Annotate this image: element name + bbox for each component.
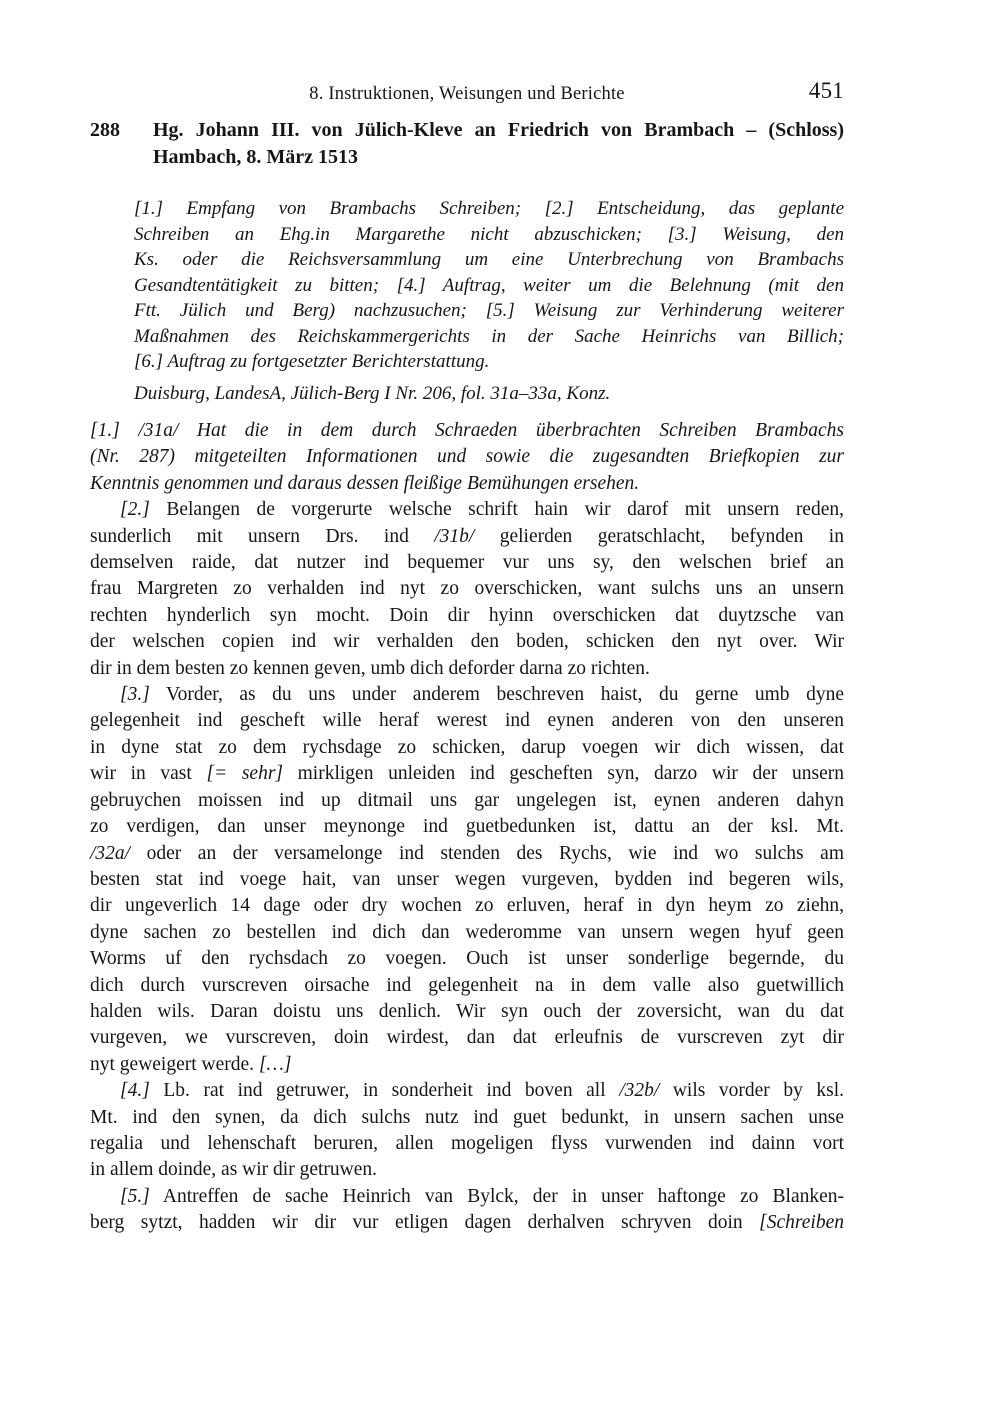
text-line: [3.] Vorder, as du uns under anderem bes…: [90, 682, 844, 708]
text-segment: wils vorder by ksl.: [659, 1080, 844, 1101]
text-segment: in dyne stat zo dem rychsdage zo schicke…: [90, 737, 844, 758]
text-line: Worms uf den rychsdach zo voegen. Ouch i…: [90, 946, 844, 972]
running-header: 8. Instruktionen, Weisungen und Berichte…: [90, 82, 844, 108]
text-segment: rechten hynderlich syn mocht. Doin dir h…: [90, 605, 844, 626]
body-paragraph: [2.] Belangen de vorgerurte welsche schr…: [90, 497, 844, 682]
text-segment: nyt geweigert werde.: [90, 1054, 259, 1075]
text-segment: mirkligen unleiden ind gescheften syn, d…: [283, 763, 844, 784]
text-segment: besten stat ind voege hait, van unser we…: [90, 869, 844, 890]
editorial-marker: [4.]: [120, 1080, 150, 1101]
text-line: Kenntnis genommen und daraus dessen flei…: [90, 471, 844, 497]
text-line: /32a/ oder an der versamelonge ind stend…: [90, 841, 844, 867]
text-line: vurgeven, we vurscreven, doin wirdest, d…: [90, 1025, 844, 1051]
editorial-marker: [3.]: [120, 684, 150, 705]
text-segment: Vorder, as du uns under anderem beschrev…: [150, 684, 844, 705]
text-segment: vurgeven, we vurscreven, doin wirdest, d…: [90, 1027, 844, 1048]
text-line: demselven raide, dat nutzer ind bequemer…: [90, 550, 844, 576]
editorial-marker: /32a/: [90, 843, 130, 864]
text-line: regalia und lehenschaft beruren, allen m…: [90, 1131, 844, 1157]
text-segment: Antreffen de sache Heinrich van Bylck, d…: [150, 1186, 844, 1207]
summary-line: Gesandtentätigkeit zu bitten; [4.] Auftr…: [134, 273, 844, 299]
text-line: Mt. ind den synen, da dich sulchs nutz i…: [90, 1105, 844, 1131]
text-line: wir in vast [= sehr] mirkligen unleiden …: [90, 761, 844, 787]
editorial-marker: [5.]: [120, 1186, 150, 1207]
text-segment: (Nr. 287) mitgeteilten Informationen und…: [90, 446, 844, 467]
summary-line: Maßnahmen des Reichskammergerichts in de…: [134, 324, 844, 350]
text-segment: oder an der versamelonge ind stenden des…: [130, 843, 844, 864]
text-segment: gelierden geratschlacht, befynden in: [474, 526, 844, 547]
text-segment: Mt. ind den synen, da dich sulchs nutz i…: [90, 1107, 844, 1128]
summary-line: Ftt. Jülich und Berg) nachzusuchen; [5.]…: [134, 298, 844, 324]
text-line: [1.] /31a/ Hat die in dem durch Schraede…: [90, 418, 844, 444]
text-line: [2.] Belangen de vorgerurte welsche schr…: [90, 497, 844, 523]
text-segment: demselven raide, dat nutzer ind bequemer…: [90, 552, 844, 573]
body-paragraph: [5.] Antreffen de sache Heinrich van Byl…: [90, 1184, 844, 1237]
entry-heading: 288 Hg. Johann III. von Jülich-Kleve an …: [90, 117, 844, 171]
text-segment: dyne sachen zo bestellen ind dich dan we…: [90, 922, 844, 943]
body-paragraph: [1.] /31a/ Hat die in dem durch Schraede…: [90, 418, 844, 497]
text-segment: in allem doinde, as wir dir getruwen.: [90, 1159, 377, 1180]
text-segment: dir in dem besten zo kennen geven, umb d…: [90, 658, 650, 679]
editorial-marker: […]: [259, 1054, 292, 1075]
text-segment: berg sytzt, hadden wir dir vur etligen d…: [90, 1212, 759, 1233]
body-paragraph: [3.] Vorder, as du uns under anderem bes…: [90, 682, 844, 1078]
entry-title: Hg. Johann III. von Jülich-Kleve an Frie…: [153, 117, 844, 171]
text-line: berg sytzt, hadden wir dir vur etligen d…: [90, 1210, 844, 1236]
text-line: nyt geweigert werde. […]: [90, 1052, 844, 1078]
entry-title-line: Hambach, 8. März 1513: [153, 144, 844, 171]
text-line: dich durch vurscreven oirsache ind geleg…: [90, 973, 844, 999]
text-line: dyne sachen zo bestellen ind dich dan we…: [90, 920, 844, 946]
entry-title-line: Hg. Johann III. von Jülich-Kleve an Frie…: [153, 117, 844, 144]
text-segment: Worms uf den rychsdach zo voegen. Ouch i…: [90, 948, 844, 969]
text-line: in dyne stat zo dem rychsdage zo schicke…: [90, 735, 844, 761]
running-header-title: 8. Instruktionen, Weisungen und Berichte: [309, 84, 624, 104]
page-number: 451: [809, 77, 844, 105]
editorial-marker: /31b/: [434, 526, 474, 547]
text-line: frau Margreten zo verhalden ind nyt zo o…: [90, 576, 844, 602]
text-segment: gebruychen moissen ind up ditmail uns ga…: [90, 790, 844, 811]
text-segment: dir ungeverlich 14 dage oder dry wochen …: [90, 895, 844, 916]
text-line: sunderlich mit unsern Drs. ind /31b/ gel…: [90, 524, 844, 550]
summary-line: [6.] Auftrag zu fortgesetzter Berichters…: [134, 349, 844, 375]
text-segment: dich durch vurscreven oirsache ind geleg…: [90, 975, 844, 996]
text-line: [4.] Lb. rat ind getruwer, in sonderheit…: [90, 1078, 844, 1104]
text-line: in allem doinde, as wir dir getruwen.: [90, 1157, 844, 1183]
text-segment: Lb. rat ind getruwer, in sonderheit ind …: [150, 1080, 619, 1101]
text-line: dir in dem besten zo kennen geven, umb d…: [90, 656, 844, 682]
text-line: halden wils. Daran doistu uns denlich. W…: [90, 999, 844, 1025]
text-line: gebruychen moissen ind up ditmail uns ga…: [90, 788, 844, 814]
text-line: zo verdigen, dan unser meynonge ind guet…: [90, 814, 844, 840]
source-citation: Duisburg, LandesA, Jülich-Berg I Nr. 206…: [134, 381, 844, 407]
text-segment: zo verdigen, dan unser meynonge ind guet…: [90, 816, 844, 837]
text-line: rechten hynderlich syn mocht. Doin dir h…: [90, 603, 844, 629]
text-line: (Nr. 287) mitgeteilten Informationen und…: [90, 444, 844, 470]
text-line: der welschen copien ind wir verhalden de…: [90, 629, 844, 655]
text-line: [5.] Antreffen de sache Heinrich van Byl…: [90, 1184, 844, 1210]
page-content: 8. Instruktionen, Weisungen und Berichte…: [90, 82, 844, 1237]
editorial-marker: [= sehr]: [206, 763, 283, 784]
text-segment: Belangen de vorgerurte welsche schrift h…: [150, 499, 844, 520]
book-page: 8. Instruktionen, Weisungen und Berichte…: [0, 0, 1004, 1418]
entry-number: 288: [90, 117, 153, 171]
editorial-marker: /32b/: [619, 1080, 659, 1101]
text-segment: wir in vast: [90, 763, 206, 784]
text-segment: frau Margreten zo verhalden ind nyt zo o…: [90, 578, 844, 599]
text-segment: Kenntnis genommen und daraus dessen flei…: [90, 473, 639, 494]
text-segment: gelegenheit ind gescheft wille heraf wer…: [90, 710, 844, 731]
summary-line: Schreiben an Ehg.in Margarethe nicht abz…: [134, 222, 844, 248]
text-segment: halden wils. Daran doistu uns denlich. W…: [90, 1001, 844, 1022]
summary-line: [1.] Empfang von Brambachs Schreiben; [2…: [134, 196, 844, 222]
body-text: [1.] /31a/ Hat die in dem durch Schraede…: [90, 418, 844, 1237]
editorial-marker: [Schreiben: [759, 1212, 844, 1233]
body-paragraph: [4.] Lb. rat ind getruwer, in sonderheit…: [90, 1078, 844, 1184]
text-segment: der welschen copien ind wir verhalden de…: [90, 631, 844, 652]
text-segment: [1.] /31a/ Hat die in dem durch Schraede…: [90, 420, 844, 441]
summary-block: [1.] Empfang von Brambachs Schreiben; [2…: [134, 196, 844, 375]
text-line: dir ungeverlich 14 dage oder dry wochen …: [90, 893, 844, 919]
text-line: gelegenheit ind gescheft wille heraf wer…: [90, 708, 844, 734]
text-segment: sunderlich mit unsern Drs. ind: [90, 526, 434, 547]
summary-line: Ks. oder die Reichsversammlung um eine U…: [134, 247, 844, 273]
text-line: besten stat ind voege hait, van unser we…: [90, 867, 844, 893]
text-segment: regalia und lehenschaft beruren, allen m…: [90, 1133, 844, 1154]
editorial-marker: [2.]: [120, 499, 150, 520]
